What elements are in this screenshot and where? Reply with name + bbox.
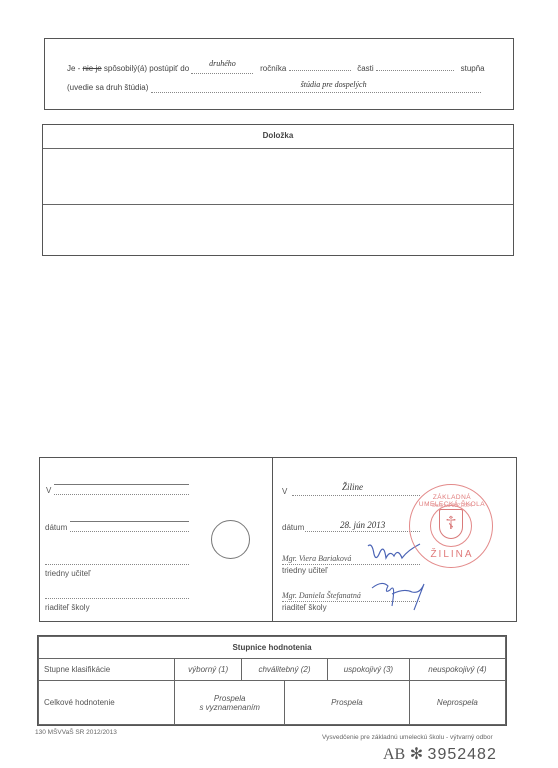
promotion-box: Je - nie je spôsobilý(á) postúpiť do dru…: [44, 38, 514, 110]
coat-of-arms-icon: ☦: [439, 509, 463, 539]
grade-4: neuspokojivý (4): [409, 659, 505, 681]
director-field-left: [45, 598, 189, 599]
date-field-left: [70, 531, 189, 532]
teacher-field-left: [45, 564, 189, 565]
place-label-right: V: [282, 487, 287, 496]
overall-label: Celkové hodnotenie: [39, 681, 175, 725]
director-name-right: Mgr. Daniela Štefanatná: [282, 591, 361, 600]
place-field-left: [54, 494, 189, 495]
signature-divider: [272, 458, 273, 621]
document-type: Vysvedčenie pre základnú umeleckú školu …: [322, 734, 493, 741]
grade-3: uspokojivý (3): [328, 659, 410, 681]
overall-pass: Prospela: [284, 681, 409, 725]
grading-title: Stupnice hodnotenia: [39, 637, 506, 659]
place-label-left: V: [46, 486, 51, 495]
place-line-left: [54, 484, 189, 485]
place-field-right: [292, 495, 420, 496]
teacher-label-right: triedny učiteľ: [282, 566, 327, 575]
grade-field: druhého: [191, 64, 253, 74]
grading-scale-table: Stupnice hodnotenia Stupne klasifikácie …: [37, 635, 507, 726]
date-line-left: [70, 521, 189, 522]
stupna-label: stupňa: [461, 64, 485, 73]
promotion-text: spôsobilý(á) postúpiť do: [102, 64, 190, 73]
study-label: (uvedie sa druh štúdia): [67, 83, 148, 92]
overall-fail: Neprospela: [409, 681, 505, 725]
rocnika-label: ročníka: [260, 64, 286, 73]
study-line: (uvedie sa druh štúdia) štúdia pre dospe…: [67, 83, 497, 93]
teacher-name-right: Mgr. Viera Bariaková: [282, 554, 351, 563]
serial-number: AB ✻ 3952482: [383, 744, 497, 764]
serial-digits: 3952482: [428, 746, 497, 763]
clause-title: Doložka: [43, 125, 513, 149]
date-field-right: [305, 531, 420, 532]
classification-label: Stupne klasifikácie: [39, 659, 175, 681]
date-value-right: 28. jún 2013: [340, 520, 385, 530]
promotion-line: Je - nie je spôsobilý(á) postúpiť do dru…: [67, 64, 497, 74]
study-value: štúdia pre dospelých: [301, 80, 367, 89]
grade-1: výborný (1): [175, 659, 242, 681]
form-code: 130 MŠVVaŠ SR 2012/2013: [35, 729, 117, 736]
overall-honors-line2: s vyznamenaním: [175, 703, 284, 712]
director-label-left: riaditeľ školy: [45, 603, 90, 612]
date-label-right: dátum: [282, 523, 304, 532]
clause-box: Doložka: [42, 124, 514, 256]
casti-field: [376, 70, 454, 71]
rocnika-field: [289, 70, 351, 71]
casti-label: časti: [357, 64, 373, 73]
study-field: štúdia pre dospelých: [151, 83, 481, 93]
stamp-city: ŽILINA: [410, 549, 494, 560]
grade-value: druhého: [209, 59, 236, 68]
clause-divider: [43, 204, 513, 205]
date-label-left: dátum: [45, 523, 67, 532]
struck-text: nie je: [83, 64, 102, 73]
overall-honors-line1: Prospela: [175, 694, 284, 703]
director-label-right: riaditeľ školy: [282, 603, 327, 612]
signature-box: V dátum triedny učiteľ riaditeľ školy V …: [39, 457, 517, 622]
school-stamp: ZÁKLADNÁ UMELECKÁ ŠKOLA Baštová 8321/5/A…: [409, 484, 493, 568]
teacher-label-left: triedny učiteľ: [45, 569, 90, 578]
grade-2: chválitebný (2): [241, 659, 327, 681]
director-signature: [370, 576, 430, 620]
promotion-prefix: Je -: [67, 64, 83, 73]
serial-prefix: AB: [383, 746, 405, 763]
overall-honors: Prospela s vyznamenaním: [175, 681, 285, 725]
place-value-right: Žiline: [342, 482, 363, 492]
asterisk-icon: ✻: [410, 746, 423, 763]
seal-placeholder-circle: [211, 520, 250, 559]
